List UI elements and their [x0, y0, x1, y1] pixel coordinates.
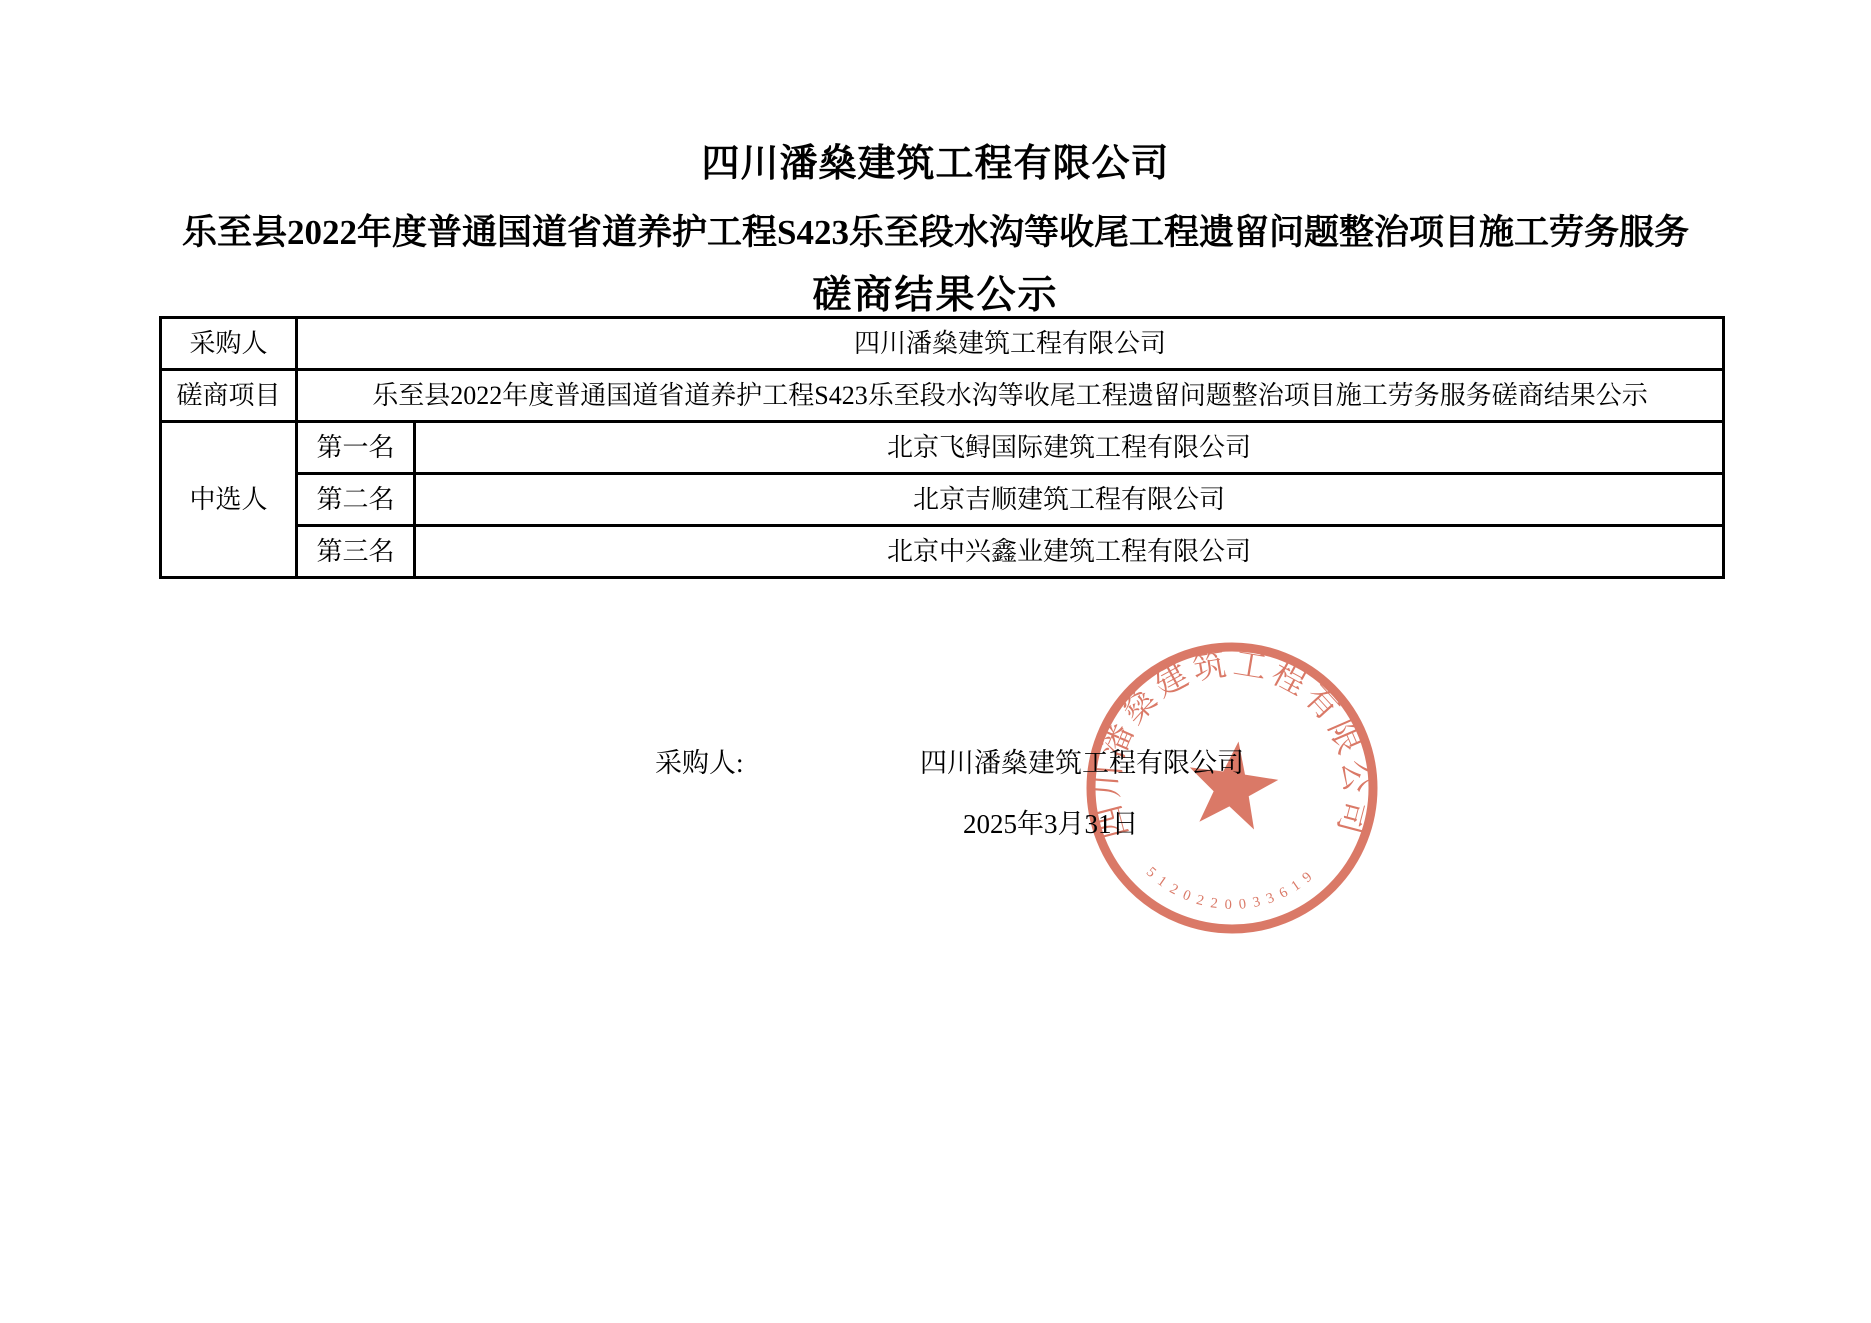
purchaser-label-cell: 采购人: [161, 318, 297, 370]
winner-name-cell: 北京吉顺建筑工程有限公司: [415, 474, 1724, 526]
seal-ring: [1091, 647, 1373, 929]
signature-purchaser-label: 采购人:: [655, 741, 744, 780]
winner-name-cell: 北京中兴鑫业建筑工程有限公司: [415, 526, 1724, 578]
signature-date: 2025年3月31日: [963, 802, 1139, 841]
winner-name-cell: 北京飞鲟国际建筑工程有限公司: [415, 422, 1724, 474]
results-table: 采购人 四川潘燊建筑工程有限公司 磋商项目 乐至县2022年度普通国道省道养护工…: [159, 316, 1725, 579]
announcement-document: 四川潘燊建筑工程有限公司 乐至县2022年度普通国道省道养护工程S423乐至段水…: [0, 0, 1871, 1323]
signature-company-name: 四川潘燊建筑工程有限公司: [920, 741, 1244, 780]
table-row: 磋商项目 乐至县2022年度普通国道省道养护工程S423乐至段水沟等收尾工程遗留…: [161, 370, 1724, 422]
winner-rank-cell: 第一名: [297, 422, 415, 474]
purchaser-value-cell: 四川潘燊建筑工程有限公司: [297, 318, 1724, 370]
header-project-title: 乐至县2022年度普通国道省道养护工程S423乐至段水沟等收尾工程遗留问题整治项…: [0, 205, 1871, 255]
header-announcement-title: 磋商结果公示: [0, 264, 1871, 320]
header-company-title: 四川潘燊建筑工程有限公司: [0, 132, 1871, 187]
project-label-cell: 磋商项目: [161, 370, 297, 422]
table-row: 中选人 第一名 北京飞鲟国际建筑工程有限公司: [161, 422, 1724, 474]
winner-rank-cell: 第三名: [297, 526, 415, 578]
winner-rank-cell: 第二名: [297, 474, 415, 526]
table-row: 采购人 四川潘燊建筑工程有限公司: [161, 318, 1724, 370]
table-row: 第二名 北京吉顺建筑工程有限公司: [161, 474, 1724, 526]
winners-label-cell: 中选人: [161, 422, 297, 578]
table-row: 第三名 北京中兴鑫业建筑工程有限公司: [161, 526, 1724, 578]
company-seal-stamp-icon: 四川潘燊建筑工程有限公司 5120220033619: [1072, 628, 1392, 948]
project-value-cell: 乐至县2022年度普通国道省道养护工程S423乐至段水沟等收尾工程遗留问题整治项…: [297, 370, 1724, 422]
seal-serial-number: 5120220033619: [1143, 864, 1321, 913]
